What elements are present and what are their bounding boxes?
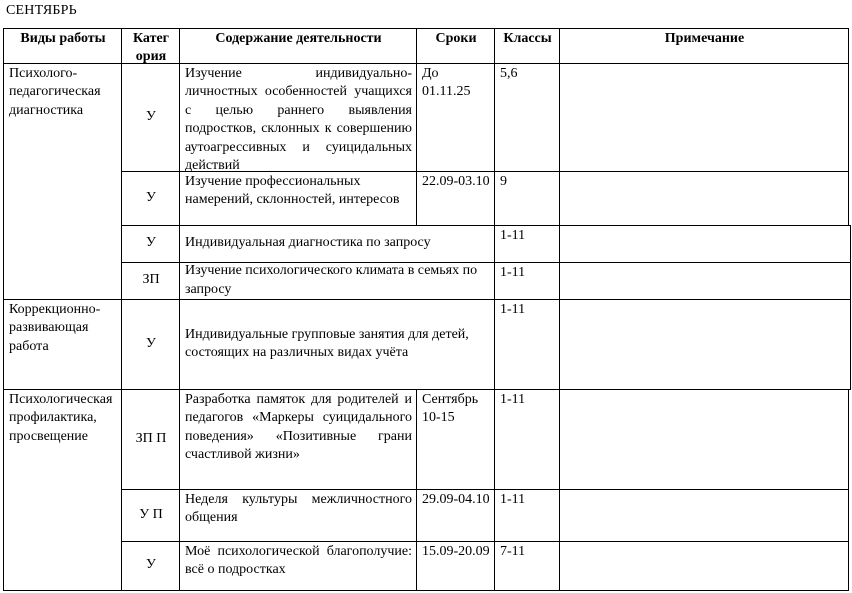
- row-notes[interactable]: [565, 299, 846, 389]
- row-category: У: [127, 541, 175, 590]
- row-classes: 9: [500, 171, 555, 225]
- table-border: [121, 541, 849, 542]
- row-classes: 1-11: [500, 262, 555, 299]
- row-category: У: [127, 299, 175, 389]
- header-classes: Классы: [500, 28, 555, 63]
- table-border: [179, 28, 180, 590]
- row-notes[interactable]: [565, 171, 844, 225]
- table-border: [848, 28, 849, 225]
- row-notes[interactable]: [565, 389, 844, 489]
- header-type: Виды работы: [9, 28, 117, 63]
- row-notes[interactable]: [565, 489, 844, 541]
- row-notes[interactable]: [565, 262, 846, 299]
- row-notes[interactable]: [565, 225, 846, 262]
- section-type: Психологическая профилактика, просвещени…: [9, 389, 117, 590]
- row-content: Индивидуальная диагностика по запросу: [185, 225, 490, 262]
- row-dates: 22.09-03.10: [422, 171, 490, 225]
- row-content: Изучение психологического климата в семь…: [185, 262, 490, 299]
- table-border: [121, 489, 849, 490]
- row-classes: 1-11: [500, 225, 555, 262]
- table-border: [121, 171, 849, 172]
- row-notes[interactable]: [565, 63, 844, 171]
- table-border: [416, 389, 417, 590]
- header-dates: Сроки: [422, 28, 490, 63]
- header-notes: Примечание: [565, 28, 844, 63]
- month-title: СЕНТЯБРЬ: [6, 3, 77, 19]
- section-type: Психолого-педагогическая диагностика: [9, 63, 117, 299]
- row-category: У: [127, 63, 175, 171]
- row-category: У: [127, 171, 175, 225]
- row-content: Индивидуальные групповые занятия для дет…: [185, 299, 490, 389]
- row-classes: 1-11: [500, 489, 555, 541]
- row-notes[interactable]: [565, 541, 844, 590]
- table-border: [121, 262, 851, 263]
- table-border: [848, 389, 849, 590]
- table-border: [3, 299, 851, 300]
- row-category: ЗП П: [127, 389, 175, 489]
- row-classes: 5,6: [500, 63, 555, 171]
- row-content: Изучение индивидуально-личностных особен…: [185, 63, 412, 171]
- table-border: [3, 389, 851, 390]
- row-category: У: [127, 225, 175, 262]
- row-dates: 29.09-04.10: [422, 489, 490, 541]
- row-content: Разработка памяток для родителей и педаг…: [185, 389, 412, 489]
- row-content: Изучение профессиональных намерений, скл…: [185, 171, 412, 225]
- table-border: [850, 225, 851, 389]
- table-border: [3, 590, 849, 591]
- table-border: [416, 28, 417, 225]
- row-dates: 15.09-20.09: [422, 541, 490, 590]
- table-border: [3, 28, 849, 29]
- row-classes: 1-11: [500, 299, 555, 389]
- row-dates: Сентябрь 10-15: [422, 389, 490, 489]
- row-content: Моё психологической благополучие: всё о …: [185, 541, 412, 590]
- table-border: [121, 28, 122, 590]
- row-content: Неделя культуры межличностного общения: [185, 489, 412, 541]
- row-dates: До 01.11.25: [422, 63, 490, 171]
- row-classes: 1-11: [500, 389, 555, 489]
- table-border: [3, 28, 4, 590]
- table-border: [559, 28, 560, 590]
- row-category: ЗП: [127, 262, 175, 299]
- row-classes: 7-11: [500, 541, 555, 590]
- table-border: [121, 225, 851, 226]
- row-category: У П: [127, 489, 175, 541]
- header-content: Содержание деятельности: [185, 28, 412, 63]
- header-category: Катег ория: [125, 28, 177, 63]
- section-type: Коррекционно-развивающая работа: [9, 299, 117, 389]
- table-border: [3, 63, 849, 64]
- table-border: [494, 28, 495, 590]
